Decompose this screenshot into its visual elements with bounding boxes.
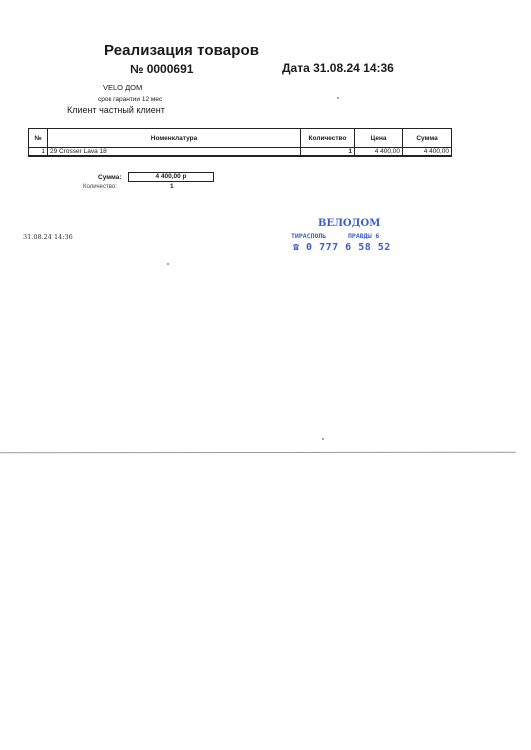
printed-timestamp: 31.08.24 14:36: [23, 233, 73, 241]
document-number: № 0000691: [130, 62, 193, 76]
cell-number: 1: [29, 148, 48, 157]
cell-name: 29 Crosser Lava 18: [48, 148, 301, 157]
header-quantity: Количество: [301, 129, 355, 148]
stamp-store-name: ВЕЛОДОМ: [318, 218, 380, 229]
header-price: Цена: [355, 129, 403, 148]
total-quantity-value: 1: [170, 183, 174, 190]
header-number: №: [29, 129, 48, 148]
stamp-phone-line: ☎ 0 777 6 58 52: [293, 242, 391, 253]
cell-sum: 4 400,00: [403, 148, 452, 157]
items-table: № Номенклатура Количество Цена Сумма 1 2…: [28, 128, 452, 157]
total-quantity-label: Количество:: [83, 184, 117, 190]
total-sum-label: Сумма:: [98, 174, 122, 181]
stamp-phone: 0 777 6 58 52: [306, 242, 391, 253]
table-row: 1 29 Crosser Lava 18 1 4 400,00 4 400,00: [29, 148, 452, 157]
document-date: Дата 31.08.24 14:36: [282, 61, 394, 75]
warranty-note: срок гарантии 12 мес: [98, 96, 162, 103]
client-name: Клиент частный клиент: [67, 105, 165, 115]
phone-icon: ☎: [293, 242, 306, 253]
company-name: VELO ДОМ: [103, 83, 142, 92]
scan-speck: [337, 97, 339, 99]
cell-quantity: 1: [301, 148, 355, 157]
header-sum: Сумма: [403, 129, 452, 148]
stamp-city: ТИРАСПОЛЬ: [291, 232, 326, 240]
scan-speck: [322, 438, 324, 440]
cell-price: 4 400,00: [355, 148, 403, 157]
scan-speck: [167, 263, 169, 265]
paper-fold-line: [0, 452, 516, 453]
total-sum-value: 4 400,00 р: [128, 172, 214, 182]
header-name: Номенклатура: [48, 129, 301, 148]
table-header-row: № Номенклатура Количество Цена Сумма: [29, 129, 452, 148]
stamp-street: ПРАВДЫ 6: [348, 232, 379, 240]
document-title: Реализация товаров: [104, 42, 259, 59]
